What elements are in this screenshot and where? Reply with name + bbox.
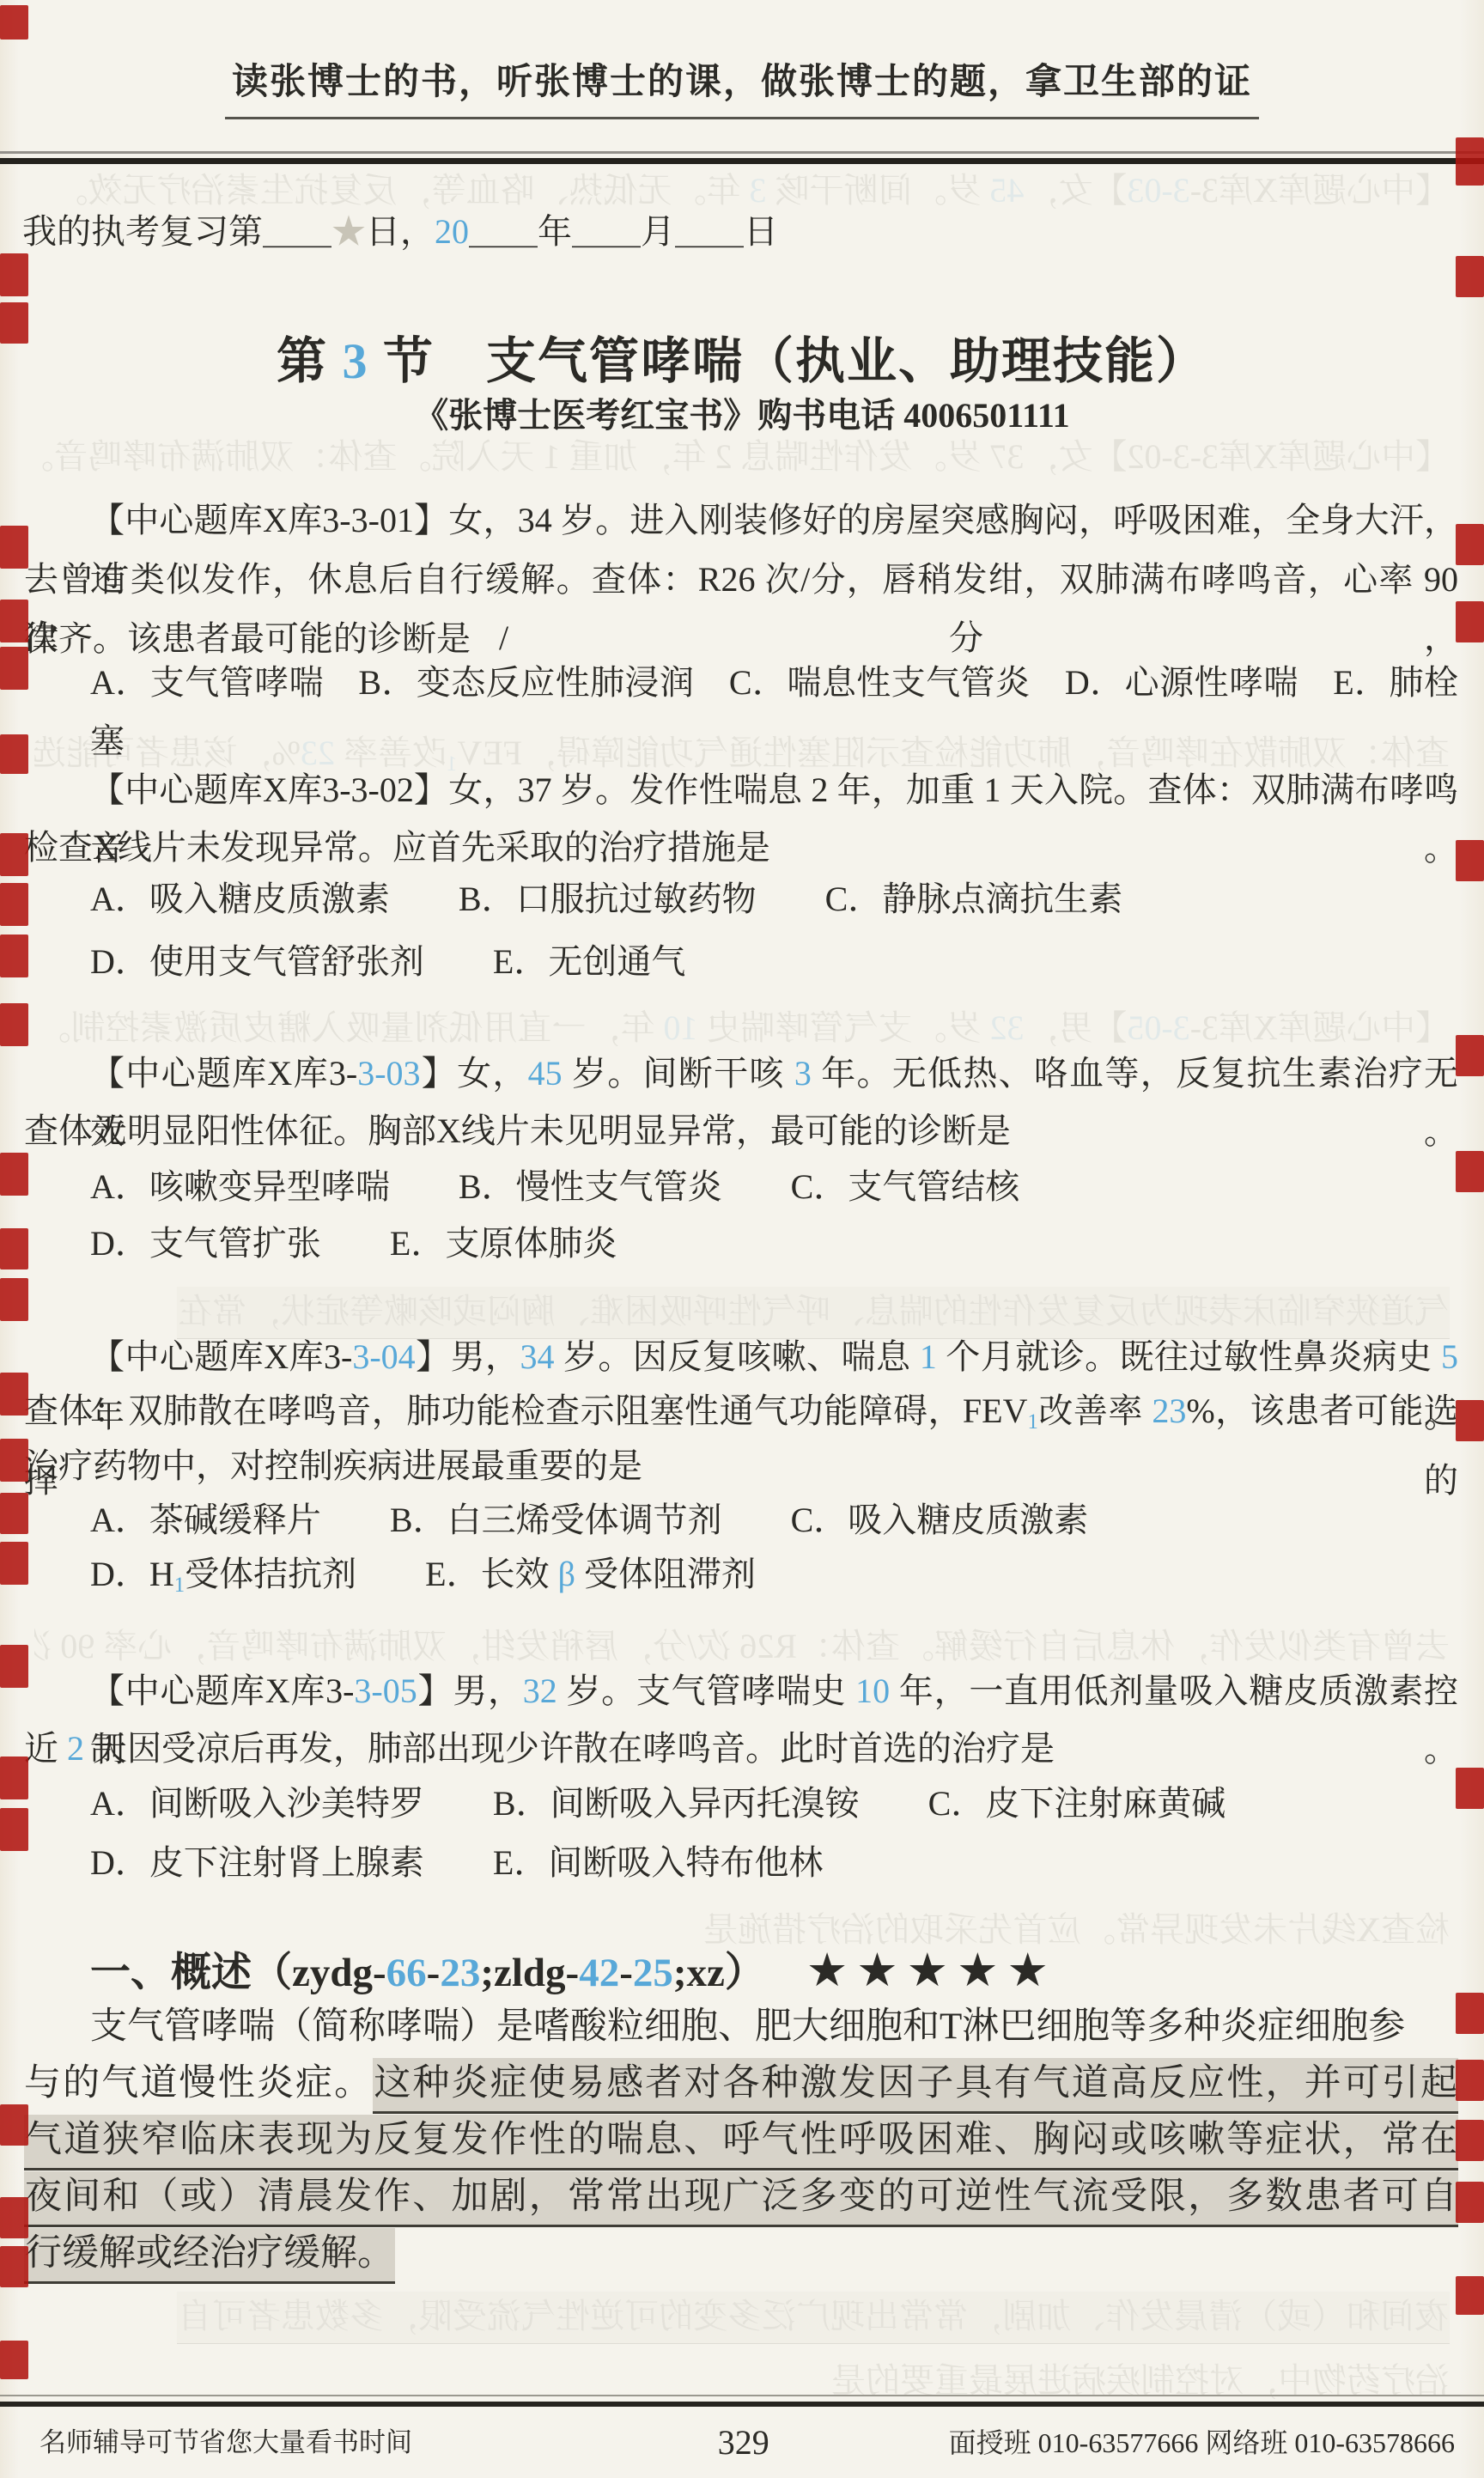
- footer-tagline: 名师辅导可节省您大量看书时间: [40, 2420, 412, 2465]
- option-line: A．支气管哮喘 B．变态反应性肺浸润 C．喘息性支气管炎 D．心源性哮喘 E．肺…: [24, 654, 1458, 712]
- overview-paragraph-line: 夜间和（或）清晨发作、加剧，常常出现广泛多变的可逆性气流受限，多数患者可自: [24, 2168, 1458, 2226]
- bleed-through-text: 【中心题库X库3-3-02】女，37 岁。发作性喘息 2 年，加重 1 天入院。…: [34, 429, 1450, 484]
- red-edge-mark: [1456, 601, 1484, 642]
- red-edge-mark: [1456, 256, 1484, 297]
- five-stars-icon: ★★★★★: [806, 1945, 1057, 1996]
- overview-paragraph-line: 气道狭窄临床表现为反复发作性的喘息、呼气性呼吸困难、胸闷或咳嗽等症状，常在: [24, 2111, 1458, 2170]
- question-stem-line: 【中心题库X库3-3-04】男，34 岁。因反复咳嗽、喘息 1 个月就诊。既往过…: [24, 1328, 1458, 1386]
- option-line: A．咳嗽变异型哮喘 B．慢性支气管炎 C．支气管结核: [24, 1158, 1458, 1216]
- red-edge-mark: [0, 1373, 28, 1416]
- red-edge-mark: [0, 935, 28, 977]
- header-slogan: 读张博士的书，听张博士的课，做张博士的题，拿卫生部的证: [225, 53, 1259, 119]
- question-stem-line: 【中心题库X库3-3-02】女，37 岁。发作性喘息 2 年，加重 1 天入院。…: [24, 761, 1458, 819]
- red-edge-mark: [0, 526, 28, 569]
- option-line: D．皮下注射肾上腺素 E．间断吸入特布他林: [24, 1834, 1458, 1892]
- red-edge-mark: [0, 600, 28, 642]
- option-line: A．吸入糖皮质激素 B．口服抗过敏药物 C．静脉点滴抗生素: [24, 870, 1458, 928]
- overview-heading: 一、概述（zydg-66-23;zldg-42-25;xz）★★★★★: [90, 1934, 1458, 2006]
- question-stem-line: 查体无明显阳性体征。胸部X线片未见明显异常，最可能的诊断是: [24, 1102, 1458, 1160]
- red-edge-mark: [1456, 137, 1484, 186]
- question-stem-line: 治疗药物中，对控制疾病进展最重要的是: [24, 1437, 1458, 1495]
- review-progress-line: 我的执考复习第＿＿★日，20＿＿年＿＿月＿＿日: [22, 204, 778, 253]
- red-edge-mark: [0, 2197, 28, 2238]
- red-edge-mark: [0, 5, 28, 40]
- red-edge-mark: [1456, 1993, 1484, 2034]
- scanned-book-page: 【中心题库X库3-3-03】女，45 岁。间断干咳 3 年。无低热、咯血等，反复…: [0, 0, 1484, 2478]
- red-edge-mark: [0, 1493, 28, 1534]
- section-title: 第 3 节 支气管哮喘（执业、助理技能）: [0, 320, 1484, 393]
- red-edge-mark: [1456, 2276, 1484, 2315]
- red-edge-mark: [0, 1439, 28, 1482]
- bleed-through-text: 治疗药物中，对控制疾病进展最重要的是: [34, 2353, 1450, 2408]
- option-line: D．使用支气管舒张剂 E．无创通气: [24, 933, 1458, 991]
- red-edge-mark: [1456, 1151, 1484, 1192]
- red-edge-mark: [0, 253, 28, 296]
- footer-rule-thick: [0, 2402, 1484, 2407]
- red-edge-mark: [0, 1278, 28, 1321]
- question-stem-line: 【中心题库X库3-3-03】女，45 岁。间断干咳 3 年。无低热、咯血等，反复…: [24, 1044, 1458, 1103]
- option-line: A．茶碱缓释片 B．白三烯受体调节剂 C．吸入糖皮质激素: [24, 1491, 1458, 1550]
- overview-paragraph-line: 支气管哮喘（简称哮喘）是嗜酸粒细胞、肥大细胞和T淋巴细胞等多种炎症细胞参: [24, 1998, 1458, 2056]
- question-stem-line: 去曾有类似发作，休息后自行缓解。查体：R26 次/分，唇稍发绀，双肺满布哮鸣音，…: [24, 551, 1458, 609]
- red-edge-mark: [1456, 2182, 1484, 2223]
- overview-paragraph-line: 行缓解或经治疗缓解。: [24, 2225, 1458, 2283]
- option-line: D．H1受体拮抗剂 E．长效 β 受体阻滞剂: [24, 1545, 1458, 1604]
- question-stem-line: 查体：双肺散在哮鸣音，肺功能检查示阻塞性通气功能障碍，FEV1改善率 23%，该…: [24, 1382, 1458, 1440]
- red-edge-mark: [0, 1153, 28, 1196]
- red-edge-mark: [0, 1542, 28, 1585]
- header-rule-thin: [0, 151, 1484, 154]
- question-stem-line: 【中心题库X库3-3-01】女，34 岁。进入刚装修好的房屋突感胸闷，呼吸困难，…: [24, 491, 1458, 550]
- red-edge-mark: [0, 883, 28, 926]
- red-edge-mark: [0, 833, 28, 876]
- red-edge-mark: [0, 1757, 28, 1799]
- red-edge-mark: [1456, 524, 1484, 565]
- option-line: D．支气管扩张 E．支原体肺炎: [24, 1215, 1458, 1273]
- red-edge-mark: [0, 1003, 28, 1046]
- question-stem-line: 【中心题库X库3-3-05】男，32 岁。支气管哮喘史 10 年，一直用低剂量吸…: [24, 1662, 1458, 1720]
- red-edge-mark: [0, 734, 28, 774]
- footer-phone-numbers: 面授班 010-63577666 网络班 010-63578666: [949, 2420, 1455, 2465]
- red-edge-mark: [1456, 2060, 1484, 2101]
- bleed-through-text: 夜间和（或）清晨发作、加剧，常常出现广泛多变的可逆性气流受限，多数患者可自: [34, 2289, 1450, 2344]
- red-edge-mark: [0, 302, 28, 344]
- footer: 名师辅导可节省您大量看书时间 329 面授班 010-63577666 网络班 …: [40, 2420, 1455, 2465]
- page-number: 329: [718, 2420, 769, 2465]
- red-edge-mark: [1456, 840, 1484, 881]
- header-slogan-row: 读张博士的书，听张博士的课，做张博士的题，拿卫生部的证: [0, 53, 1484, 119]
- red-edge-mark: [0, 2104, 28, 2146]
- overview-heading-text: 一、概述（zydg-66-23;zldg-42-25;xz）: [90, 1951, 765, 1995]
- question-stem-line: 近 2 天因受凉后再发，肺部出现少许散在哮鸣音。此时首选的治疗是: [24, 1720, 1458, 1778]
- book-hotline: 《张博士医考红宝书》购书电话 4006501111: [0, 388, 1484, 437]
- red-edge-mark: [1456, 1400, 1484, 1441]
- red-edge-mark: [0, 2341, 28, 2379]
- red-edge-mark: [0, 1808, 28, 1851]
- red-edge-mark: [0, 1228, 28, 1269]
- red-edge-mark: [0, 647, 28, 690]
- red-edge-mark: [1456, 2120, 1484, 2161]
- header-rule-thick: [0, 158, 1484, 164]
- red-edge-mark: [0, 2246, 28, 2287]
- red-edge-mark: [1456, 1035, 1484, 1076]
- overview-paragraph-line: 与的气道慢性炎症。这种炎症使易感者对各种激发因子具有气道高反应性，并可引起: [24, 2055, 1458, 2113]
- red-edge-mark: [0, 1645, 28, 1688]
- option-line: A．间断吸入沙美特罗 B．间断吸入异丙托溴铵 C．皮下注射麻黄碱: [24, 1775, 1458, 1833]
- red-edge-mark: [1456, 1768, 1484, 1809]
- footer-rule-thin: [0, 2395, 1484, 2396]
- question-stem-line: 检查X线片未发现异常。应首先采取的治疗措施是: [24, 819, 1458, 877]
